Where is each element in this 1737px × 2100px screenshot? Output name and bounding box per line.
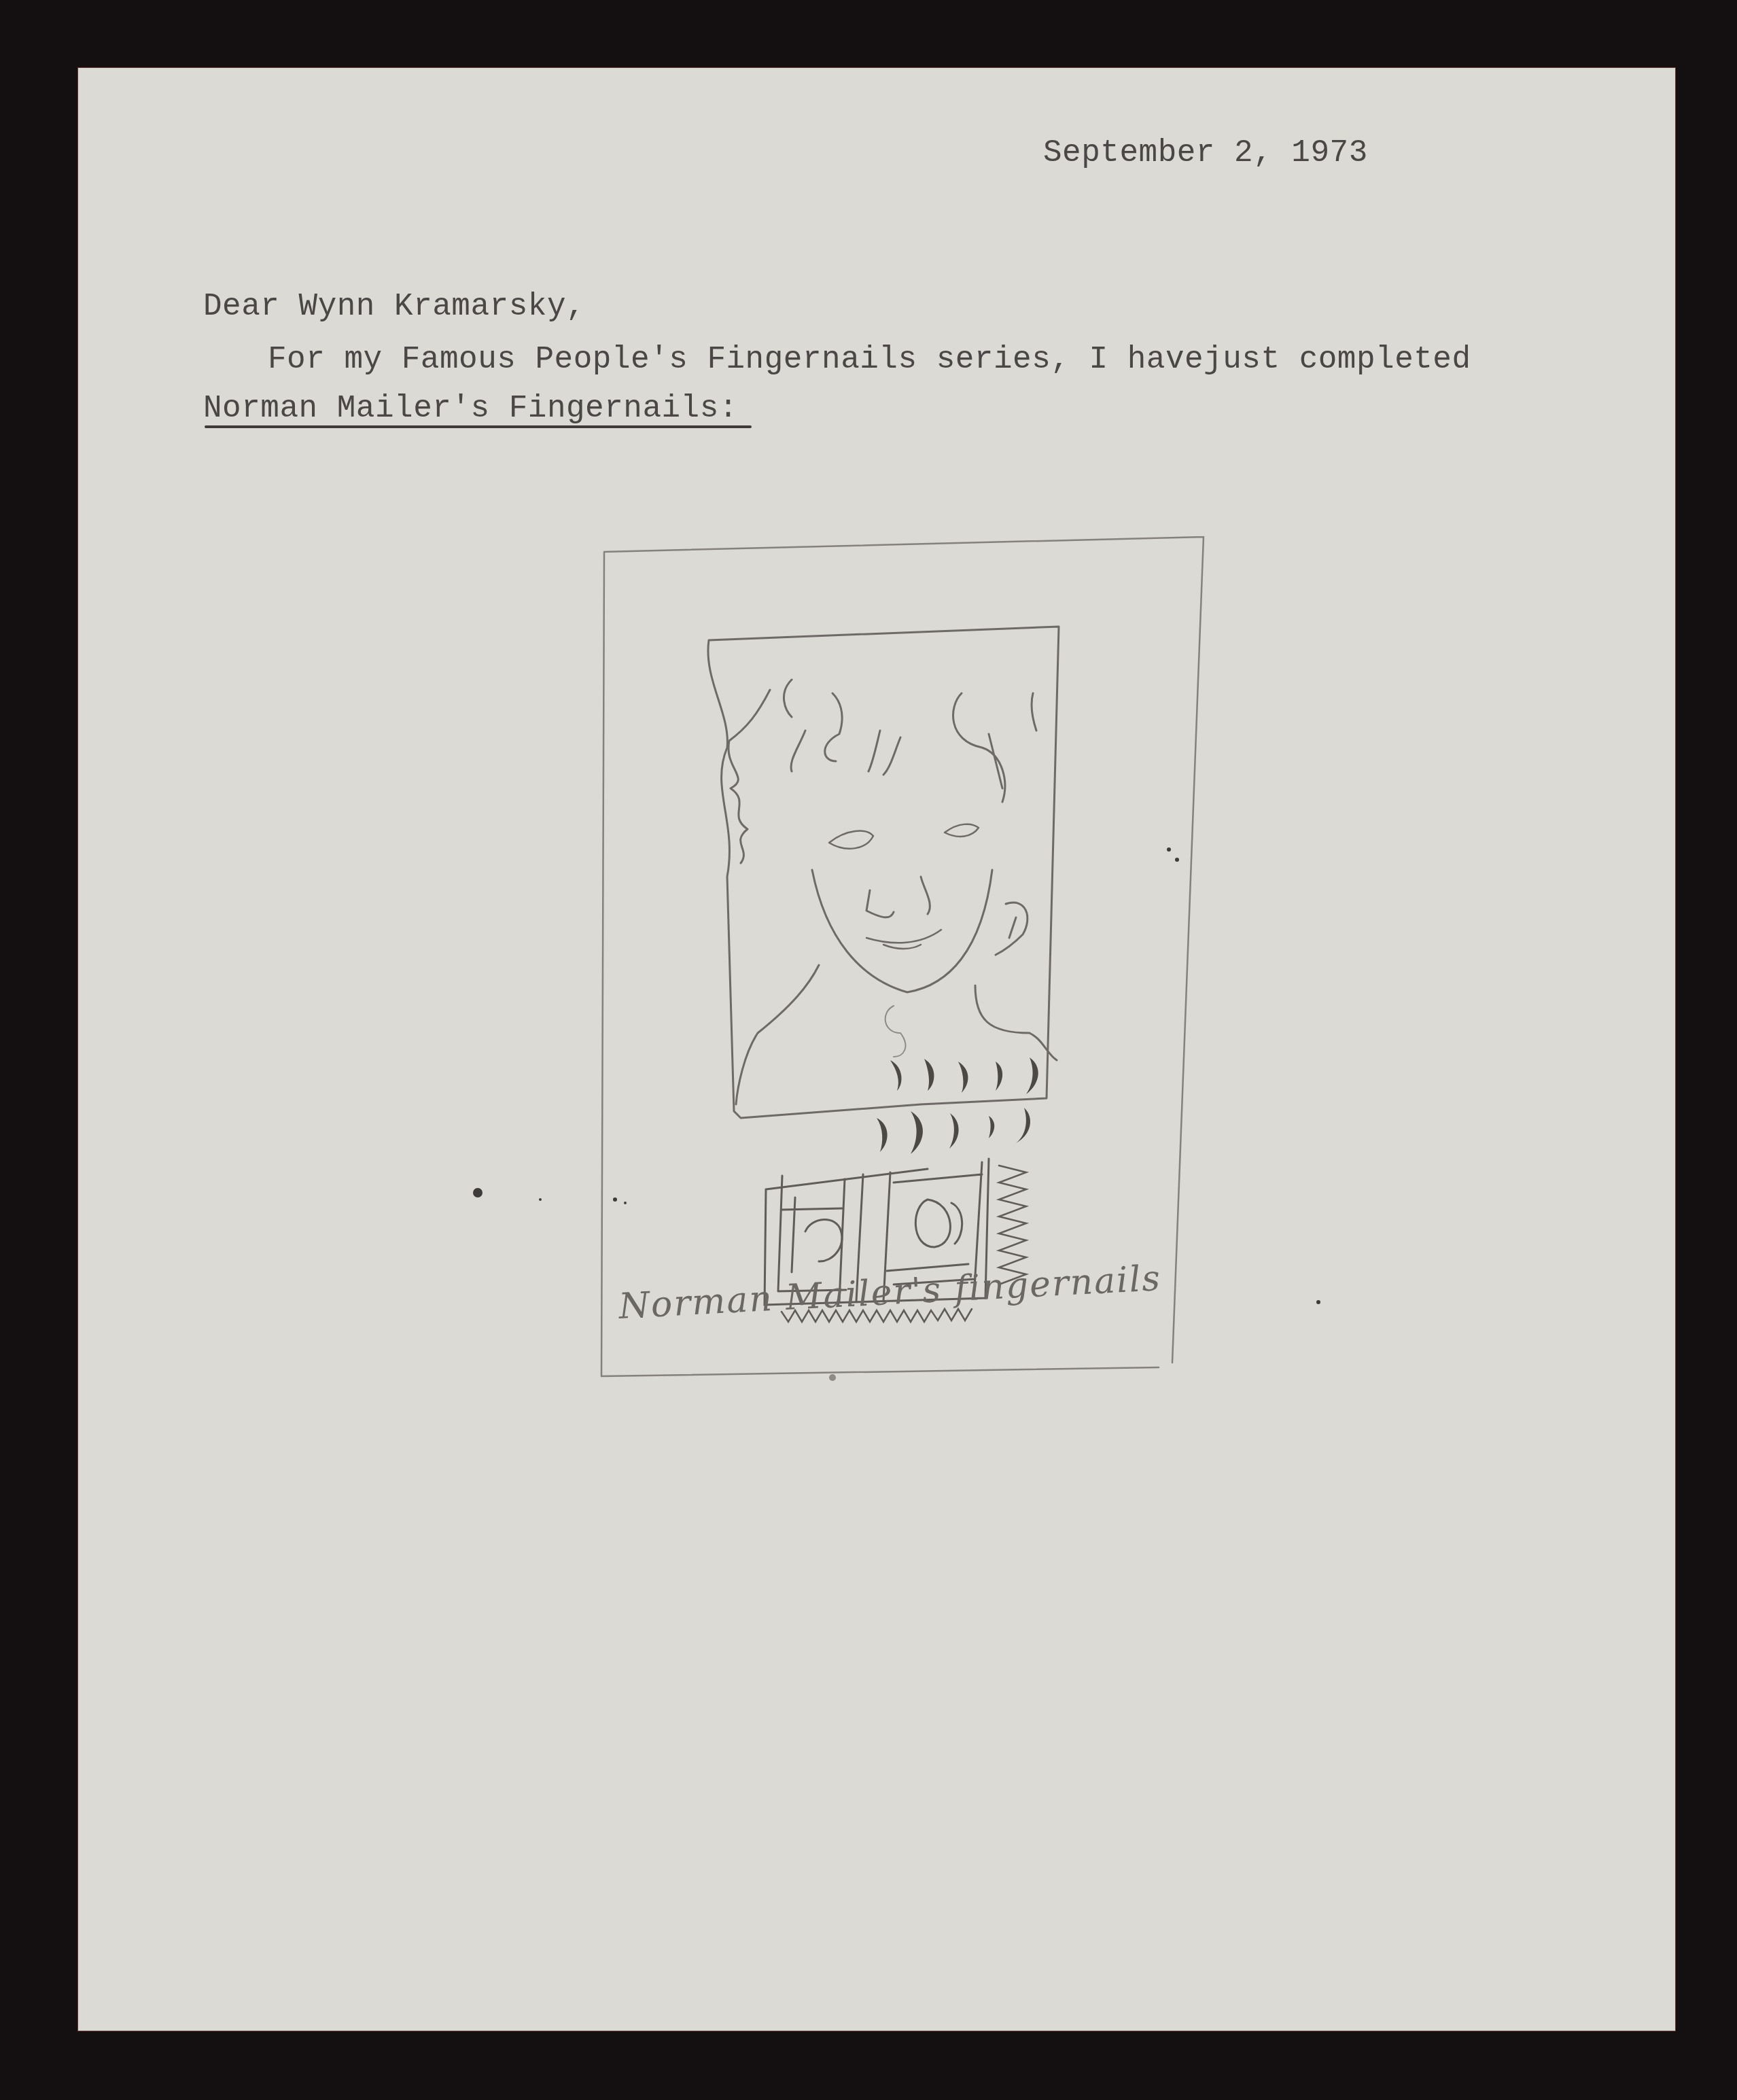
face-circle-left [805, 1219, 842, 1261]
ear [996, 903, 1028, 955]
body-line-2: Norman Mailer's Fingernails: [203, 393, 738, 424]
letter-page: September 2, 1973 Dear Wynn Kramarsky, F… [78, 68, 1675, 2031]
title-underline [205, 425, 752, 428]
left-eye [829, 831, 873, 849]
outer-frame [601, 537, 1204, 1376]
body-line-1: For my Famous People's Fingernails serie… [268, 344, 1471, 375]
mouth [866, 930, 941, 949]
handwritten-caption: Norman Mailer's fingernails [618, 1258, 1162, 1327]
nose [866, 877, 930, 917]
letter-date: September 2, 1973 [1043, 137, 1368, 169]
shoulders [736, 965, 1057, 1104]
salutation: Dear Wynn Kramarsky, [203, 291, 585, 322]
portrait-frame [708, 627, 1059, 1118]
hair [729, 680, 1036, 863]
circle-right [915, 1200, 962, 1247]
fingernails [877, 1057, 1038, 1154]
face-outline [812, 870, 992, 992]
box-inner-left [778, 1176, 846, 1291]
right-eye [945, 824, 979, 837]
neck-scribble [885, 1006, 906, 1057]
